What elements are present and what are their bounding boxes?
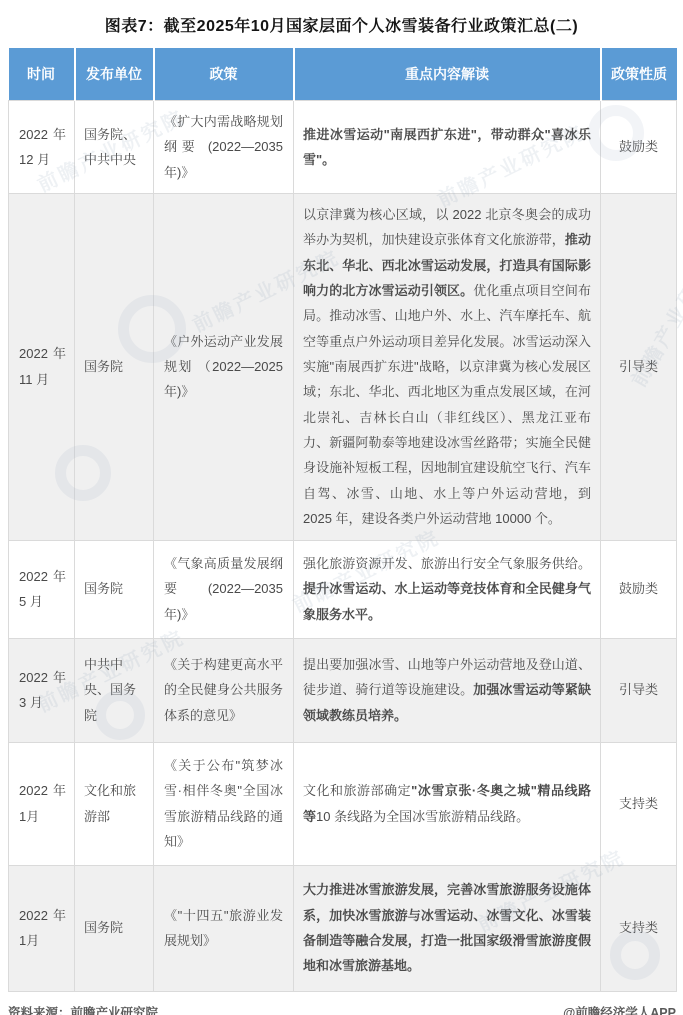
cell-time: 2022 年 3 月	[9, 638, 75, 742]
cell-policy: 《关于公布"筑梦冰雪·相伴冬奥"全国冰雪旅游精品线路的通知》	[154, 742, 294, 865]
header-time: 时间	[9, 48, 75, 101]
source-label: 资料来源：	[8, 1006, 71, 1015]
header-issuer: 发布单位	[75, 48, 154, 101]
cell-time: 2022 年 11 月	[9, 194, 75, 540]
cell-issuer: 文化和旅游部	[75, 742, 154, 865]
cell-issuer: 国务院、中共中央	[75, 101, 154, 194]
cell-nature: 引导类	[601, 194, 677, 540]
cell-issuer: 国务院	[75, 194, 154, 540]
policy-table: 时间 发布单位 政策 重点内容解读 政策性质 2022 年 12 月 国务院、中…	[8, 48, 677, 992]
cell-issuer: 中共中央、国务院	[75, 638, 154, 742]
cell-policy: 《关于构建更高水平的全民健身公共服务体系的意见》	[154, 638, 294, 742]
cell-issuer: 国务院	[75, 540, 154, 638]
cell-content: 以京津冀为核心区域，以 2022 北京冬奥会的成功举办为契机，加快建设京张体育文…	[294, 194, 601, 540]
cell-time: 2022年1月	[9, 742, 75, 865]
table-row: 2022年1月 文化和旅游部 《关于公布"筑梦冰雪·相伴冬奥"全国冰雪旅游精品线…	[9, 742, 677, 865]
cell-policy: 《户外运动产业发展规划 （2022—2025 年)》	[154, 194, 294, 540]
cell-content: 推进冰雪运动"南展西扩东进"，带动群众"喜冰乐雪"。	[294, 101, 601, 194]
source-note: 资料来源：前瞻产业研究院	[8, 1003, 158, 1015]
cell-content: 强化旅游资源开发、旅游出行安全气象服务供给。提升冰雪运动、水上运动等竞技体育和全…	[294, 540, 601, 638]
cell-nature: 鼓励类	[601, 540, 677, 638]
table-row: 2022 年 12 月 国务院、中共中央 《扩大内需战略规划纲要 (2022—2…	[9, 101, 677, 194]
header-policy: 政策	[154, 48, 294, 101]
cell-nature: 引导类	[601, 638, 677, 742]
cell-policy: 《"十四五"旅游业发展规划》	[154, 865, 294, 991]
cell-time: 2022年1月	[9, 865, 75, 991]
cell-nature: 鼓励类	[601, 101, 677, 194]
cell-content: 大力推进冰雪旅游发展，完善冰雪旅游服务设施体系，加快冰雪旅游与冰雪运动、冰雪文化…	[294, 865, 601, 991]
cell-time: 2022 年 5 月	[9, 540, 75, 638]
cell-policy: 《扩大内需战略规划纲要 (2022—2035 年)》	[154, 101, 294, 194]
header-content: 重点内容解读	[294, 48, 601, 101]
figure-page: 图表7：截至2025年10月国家层面个人冰雪装备行业政策汇总(二) 时间 发布单…	[0, 0, 683, 1015]
table-row: 2022 年 5 月 国务院 《气象高质量发展纲要 (2022—2035 年)》…	[9, 540, 677, 638]
table-row: 2022 年 3 月 中共中央、国务院 《关于构建更高水平的全民健身公共服务体系…	[9, 638, 677, 742]
figure-title: 图表7：截至2025年10月国家层面个人冰雪装备行业政策汇总(二)	[0, 0, 683, 36]
credit-note: @前瞻经济学人APP	[563, 1003, 676, 1015]
cell-content: 文化和旅游部确定"冰雪京张·冬奥之城"精品线路等10 条线路为全国冰雪旅游精品线…	[294, 742, 601, 865]
cell-issuer: 国务院	[75, 865, 154, 991]
cell-policy: 《气象高质量发展纲要 (2022—2035 年)》	[154, 540, 294, 638]
table-header: 时间 发布单位 政策 重点内容解读 政策性质	[9, 48, 677, 101]
header-nature: 政策性质	[601, 48, 677, 101]
table-row: 2022 年 11 月 国务院 《户外运动产业发展规划 （2022—2025 年…	[9, 194, 677, 540]
table-row: 2022年1月 国务院 《"十四五"旅游业发展规划》 大力推进冰雪旅游发展，完善…	[9, 865, 677, 991]
cell-time: 2022 年 12 月	[9, 101, 75, 194]
cell-nature: 支持类	[601, 865, 677, 991]
source-name: 前瞻产业研究院	[71, 1006, 159, 1015]
cell-content: 提出要加强冰雪、山地等户外运动营地及登山道、徒步道、骑行道等设施建设。加强冰雪运…	[294, 638, 601, 742]
figure-footer: 资料来源：前瞻产业研究院 @前瞻经济学人APP	[8, 1003, 676, 1015]
cell-nature: 支持类	[601, 742, 677, 865]
